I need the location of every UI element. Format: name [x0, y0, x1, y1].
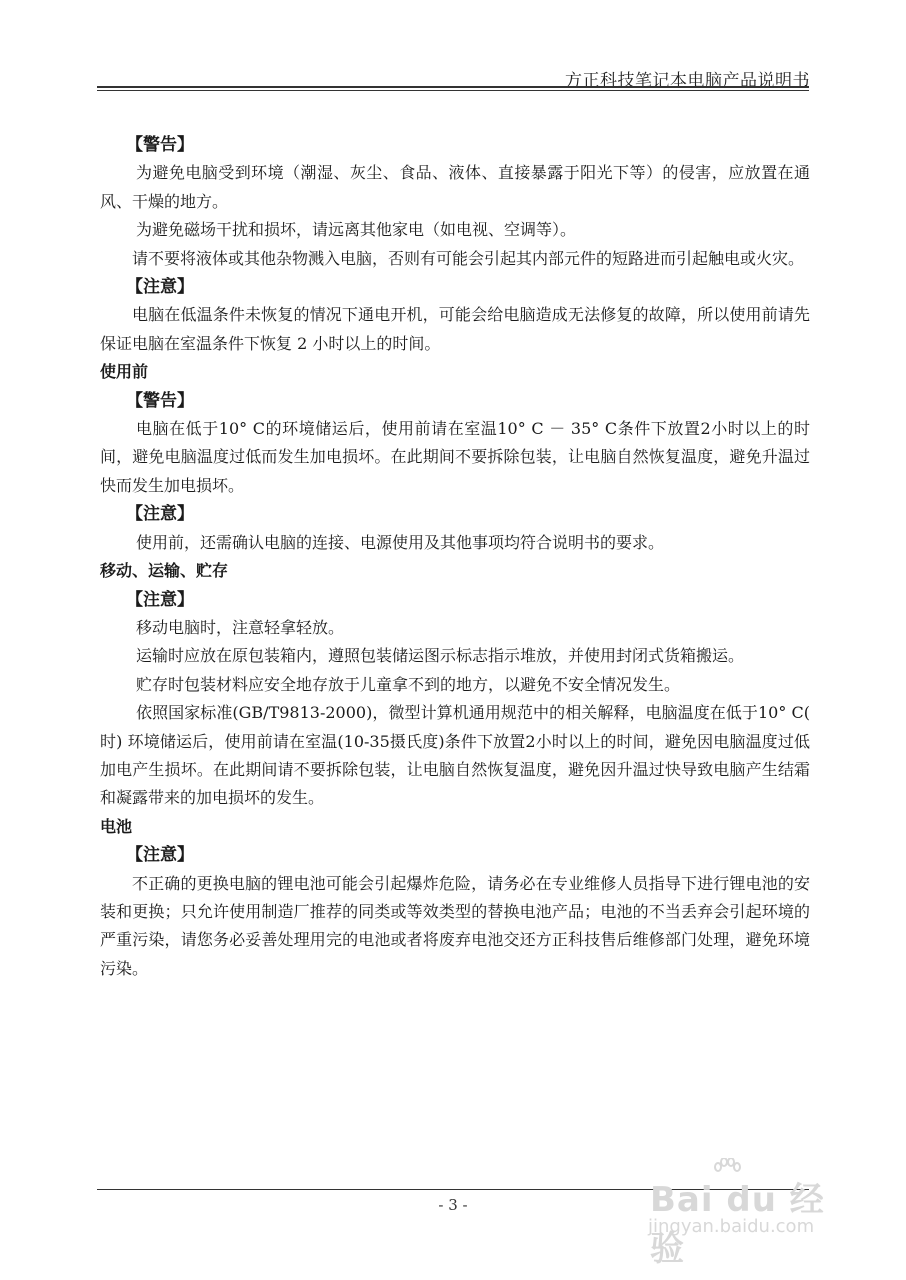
- section-heading-before-use: 使用前: [100, 358, 810, 386]
- section-heading-battery: 电池: [100, 813, 810, 841]
- caution-label: 【注意】: [100, 500, 810, 528]
- paragraph: 使用前，还需确认电脑的连接、电源使用及其他事项均符合说明书的要求。: [100, 529, 810, 557]
- page-content: 【警告】 为避免电脑受到环境（潮湿、灰尘、食品、液体、直接暴露于阳光下等）的侵害…: [100, 131, 810, 983]
- caution-label: 【注意】: [100, 273, 810, 301]
- paragraph: 为避免磁场干扰和损坏，请远离其他家电（如电视、空调等）。: [100, 216, 810, 244]
- watermark-url: jingyan.baidu.com: [648, 1216, 814, 1237]
- paragraph: 不正确的更换电脑的锂电池可能会引起爆炸危险，请务必在专业维修人员指导下进行锂电池…: [100, 870, 810, 984]
- caution-label: 【注意】: [100, 841, 810, 869]
- paragraph: 电脑在低于10° C的环境储运后，使用前请在室温10° C － 35° C条件下…: [100, 415, 810, 500]
- section-heading-transport-storage: 移动、运输、贮存: [100, 557, 810, 585]
- header-divider: [97, 86, 809, 91]
- paragraph: 依照国家标准(GB/T9813-2000)，微型计算机通用规范中的相关解释，电脑…: [100, 699, 810, 813]
- baidu-jingyan-watermark: Bai du 经验 jingyan.baidu.com: [640, 1158, 830, 1248]
- paragraph: 贮存时包装材料应安全地存放于儿童拿不到的地方，以避免不安全情况发生。: [100, 671, 810, 699]
- warning-label: 【警告】: [100, 131, 810, 159]
- warning-label: 【警告】: [100, 387, 810, 415]
- paragraph: 请不要将液体或其他杂物溅入电脑，否则有可能会引起其内部元件的短路进而引起触电或火…: [100, 245, 810, 273]
- paragraph: 电脑在低温条件未恢复的情况下通电开机，可能会给电脑造成无法修复的故障，所以使用前…: [100, 301, 810, 358]
- paragraph: 运输时应放在原包装箱内，遵照包装储运图示标志指示堆放，并使用封闭式货箱搬运。: [100, 642, 810, 670]
- paragraph: 移动电脑时，注意轻拿轻放。: [100, 614, 810, 642]
- caution-label: 【注意】: [100, 586, 810, 614]
- paragraph: 为避免电脑受到环境（潮湿、灰尘、食品、液体、直接暴露于阳光下等）的侵害，应放置在…: [100, 159, 810, 216]
